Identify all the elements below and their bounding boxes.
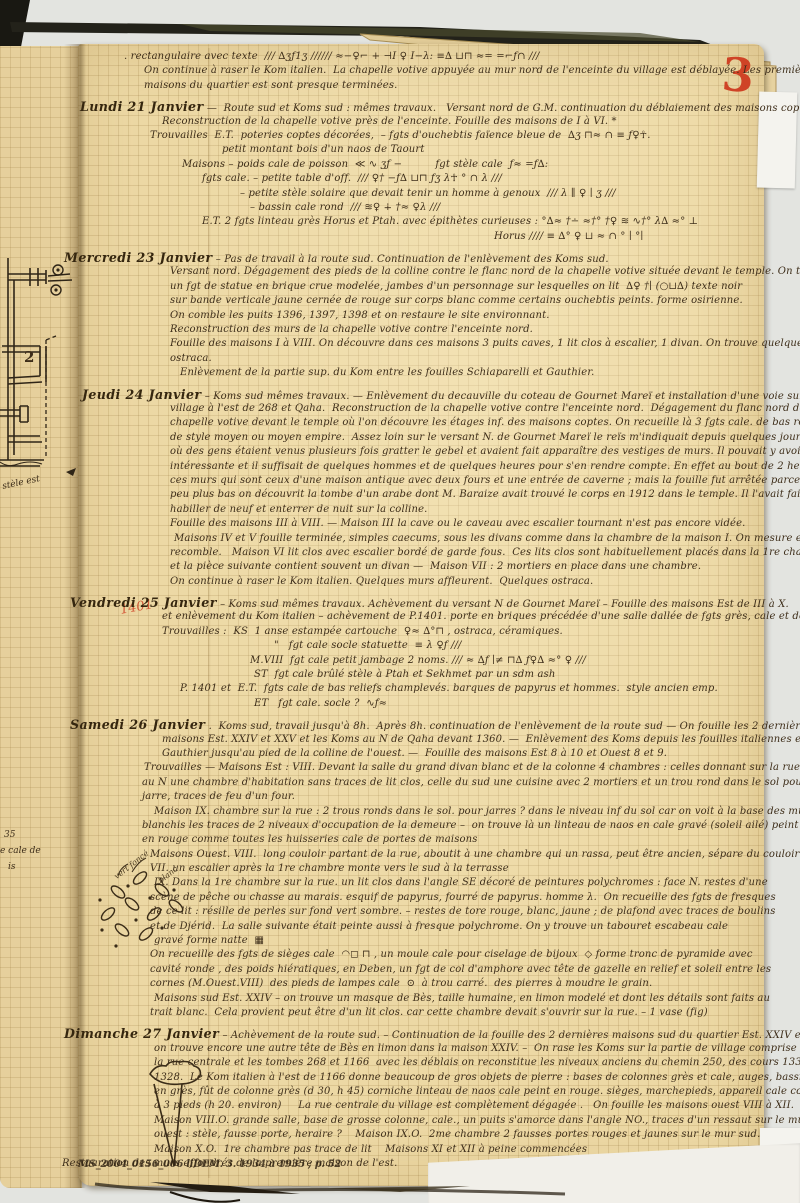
journal-line: scène de pêche ou chasse au marais. esqu… bbox=[62, 891, 762, 905]
journal-line: recomble. Maison VI lit clos avec escali… bbox=[62, 546, 762, 560]
journal-line: Lundi 21 Janvier — Route sud et Koms sud… bbox=[62, 100, 762, 114]
journal-line: IX. Dans la 1re chambre sur la rue. un l… bbox=[62, 876, 762, 890]
journal-line: chapelle votive devant le temple où l'on… bbox=[62, 416, 762, 430]
journal-line: Fouille des maisons III à VIII. — Maison… bbox=[62, 517, 762, 531]
adjacent-page-fragment: 35 bbox=[4, 830, 15, 840]
journal-line: peu plus bas on découvrit la tombe d'un … bbox=[62, 488, 762, 502]
journal-line: Maisons Ouest. VIII. long couloir partan… bbox=[62, 848, 762, 862]
journal-line: ST fgt cale brûlé stèle à Ptah et Sekhme… bbox=[62, 668, 762, 682]
journal-line: gravé forme natte ▦ bbox=[62, 934, 762, 948]
journal-line: E.T. 2 fgts linteau grès Horus et Ptah. … bbox=[62, 215, 762, 229]
journal-line: maisons du quartier est sont presque ter… bbox=[62, 79, 762, 93]
journal-line: Trouvailles : KS 1 anse estampée cartouc… bbox=[62, 625, 762, 639]
journal-line: en grès, fût de colonne grès (d 30, h 45… bbox=[62, 1085, 762, 1099]
adjacent-page-fragment: is bbox=[8, 862, 16, 872]
journal-line: Restauration des murs effondrés de la pr… bbox=[62, 1157, 762, 1171]
journal-line: cornes (M.Ouest.VIII) des pieds de lampe… bbox=[62, 977, 762, 991]
journal-line: Trouvailles E.T. poteries coptes décorée… bbox=[62, 129, 762, 143]
journal-line: Enlèvement de la partie sup. du Kom entr… bbox=[62, 366, 762, 380]
journal-line: Gauthier jusqu'au pied de la colline de … bbox=[62, 747, 762, 761]
journal-line: habiller de neuf et enterrer de nuit sur… bbox=[62, 503, 762, 517]
journal-line: à 3 pieds (h 20. environ) La rue central… bbox=[62, 1099, 762, 1113]
journal-line: On continue à raser le Kom italien. La c… bbox=[62, 64, 762, 78]
journal-line: de ce lit : résille de perles sur fond v… bbox=[62, 905, 762, 919]
journal-line: . rectangulaire avec texte /// ∆ʒƒ1ʒ ///… bbox=[62, 50, 762, 64]
journal-line: on trouve encore une autre tête de Bès e… bbox=[62, 1042, 762, 1056]
journal-line: Reconstruction des murs de la chapelle v… bbox=[62, 323, 762, 337]
plan-room-number: 2 bbox=[24, 348, 34, 366]
journal-line: – bassin cale rond /// ≋♀ ∔ †≈ ♀λ /// bbox=[62, 201, 762, 215]
journal-line: et de Djérid. La salle suivante était pe… bbox=[62, 920, 762, 934]
journal-line: Maison VIII.O. grande salle, base de gro… bbox=[62, 1114, 762, 1128]
day-label: Lundi 21 Janvier bbox=[80, 99, 203, 114]
journal-line: On continue à raser le Kom italien. Quel… bbox=[62, 575, 762, 589]
journal-line: en rouge comme toutes les huisseries cal… bbox=[62, 833, 762, 847]
journal-line: ostraca. bbox=[62, 352, 762, 366]
journal-text: . rectangulaire avec texte /// ∆ʒƒ1ʒ ///… bbox=[62, 50, 762, 1171]
journal-line: village à l'est de 268 et Qaha. Reconstr… bbox=[62, 402, 762, 416]
journal-line: Maisons sud Est. XXIV – on trouve un mas… bbox=[62, 992, 762, 1006]
journal-line: Samedi 26 Janvier . Koms sud, travail ju… bbox=[62, 718, 762, 732]
journal-line: cavité ronde , des poids hiératiques, en… bbox=[62, 963, 762, 977]
journal-line: M.VIII fgt cale petit jambage 2 noms. //… bbox=[62, 654, 762, 668]
adjacent-page-fragment: e cale de bbox=[0, 846, 41, 856]
overstruck-inventory-stamp: MS_2004_0156_006 liDEM. 3. 1934 à 1935 ;… bbox=[78, 1158, 341, 1172]
journal-line: Horus //// ≡ ∆° ♀ ⊔ ≈ ∩ ° ∣ °∣ bbox=[62, 230, 762, 244]
journal-line: Versant nord. Dégagement des pieds de la… bbox=[62, 265, 762, 279]
journal-line: petit montant bois d'un naos de Taourt bbox=[62, 143, 762, 157]
journal-line: Maisons – poids cale de poisson ≪ ∿ ʒƒ −… bbox=[62, 158, 762, 172]
journal-line: Maisons IV et V fouille terminée, simple… bbox=[62, 532, 762, 546]
journal-line: sur bande verticale jaune cernée de roug… bbox=[62, 294, 762, 308]
journal-line: Maison X.O. 1re chambre pas trace de lit… bbox=[62, 1143, 762, 1157]
journal-line: On recueille des fgts de sièges cale ◠◻ … bbox=[62, 948, 762, 962]
journal-line: Mercredi 23 Janvier – Pas de travail à l… bbox=[62, 251, 762, 265]
journal-line: Trouvailles — Maisons Est : VIII. Devant… bbox=[62, 761, 762, 775]
journal-line: où des gens étaient venus plusieurs fois… bbox=[62, 445, 762, 459]
journal-line: et la pièce suivante contient souvent un… bbox=[62, 560, 762, 574]
journal-line: Jeudi 24 Janvier – Koms sud mêmes travau… bbox=[62, 388, 762, 402]
day-label: Jeudi 24 Janvier bbox=[82, 387, 201, 402]
journal-line: maisons Est. XXIV et XXV et les Koms au … bbox=[62, 733, 762, 747]
journal-line: jarre, traces de feu d'un four. bbox=[62, 790, 762, 804]
scanned-journal-page: { "page_number": "3", "margin": { "inven… bbox=[0, 0, 800, 1203]
journal-line: au N une chambre d'habitation sans trace… bbox=[62, 776, 762, 790]
day-label: Dimanche 27 Janvier bbox=[64, 1026, 219, 1041]
journal-line: – petite stèle solaire que devait tenir … bbox=[62, 187, 762, 201]
journal-line: trait blanc. Cela provient peut être d'u… bbox=[62, 1006, 762, 1020]
journal-line: ET fgt cale. socle ? ∿ƒ≈ bbox=[62, 697, 762, 711]
journal-line: et enlèvement du Kom italien – achèvemen… bbox=[62, 610, 762, 624]
journal-line: intéressante et il suffisait de quelques… bbox=[62, 460, 762, 474]
journal-line: ces murs qui sont ceux d'une maison anti… bbox=[62, 474, 762, 488]
journal-line: On comble les puits 1396, 1397, 1398 et … bbox=[62, 309, 762, 323]
journal-line: ouest : stèle, fausse porte, heraire ? M… bbox=[62, 1128, 762, 1142]
journal-line: blanchis les traces de 2 niveaux d'occup… bbox=[62, 819, 762, 833]
journal-line: un fgt de statue en brique crue modelée,… bbox=[62, 280, 762, 294]
frayed-paper-edge bbox=[0, 1172, 800, 1203]
day-label: Mercredi 23 Janvier bbox=[64, 250, 212, 265]
journal-line: de style moyen ou moyen empire. Assez lo… bbox=[62, 431, 762, 445]
journal-line: VII. un escalier après la 1re chambre mo… bbox=[62, 862, 762, 876]
journal-line: Maison IX. chambre sur la rue : 2 trous … bbox=[62, 805, 762, 819]
journal-line: " fgt cale socle statuette ≡ λ ♀ƒ /// bbox=[62, 639, 762, 653]
journal-line: la rue centrale et les tombes 268 et 116… bbox=[62, 1056, 762, 1070]
journal-line: 1328. Le Kom italien à l'est de 1166 don… bbox=[62, 1071, 762, 1085]
journal-line: fgts cale. – petite table d'off. /// ♀† … bbox=[62, 172, 762, 186]
journal-line: Vendredi 25 Janvier – Koms sud mêmes tra… bbox=[62, 596, 762, 610]
day-label: Samedi 26 Janvier bbox=[70, 717, 205, 732]
journal-line: Reconstruction de la chapelle votive prè… bbox=[62, 115, 762, 129]
journal-line: Fouille des maisons I à VIII. On découvr… bbox=[62, 337, 762, 351]
journal-line: Dimanche 27 Janvier – Achèvement de la r… bbox=[62, 1027, 762, 1041]
journal-line: P. 1401 et E.T. fgts cale de bas reliefs… bbox=[62, 682, 762, 696]
day-label: Vendredi 25 Janvier bbox=[70, 595, 217, 610]
